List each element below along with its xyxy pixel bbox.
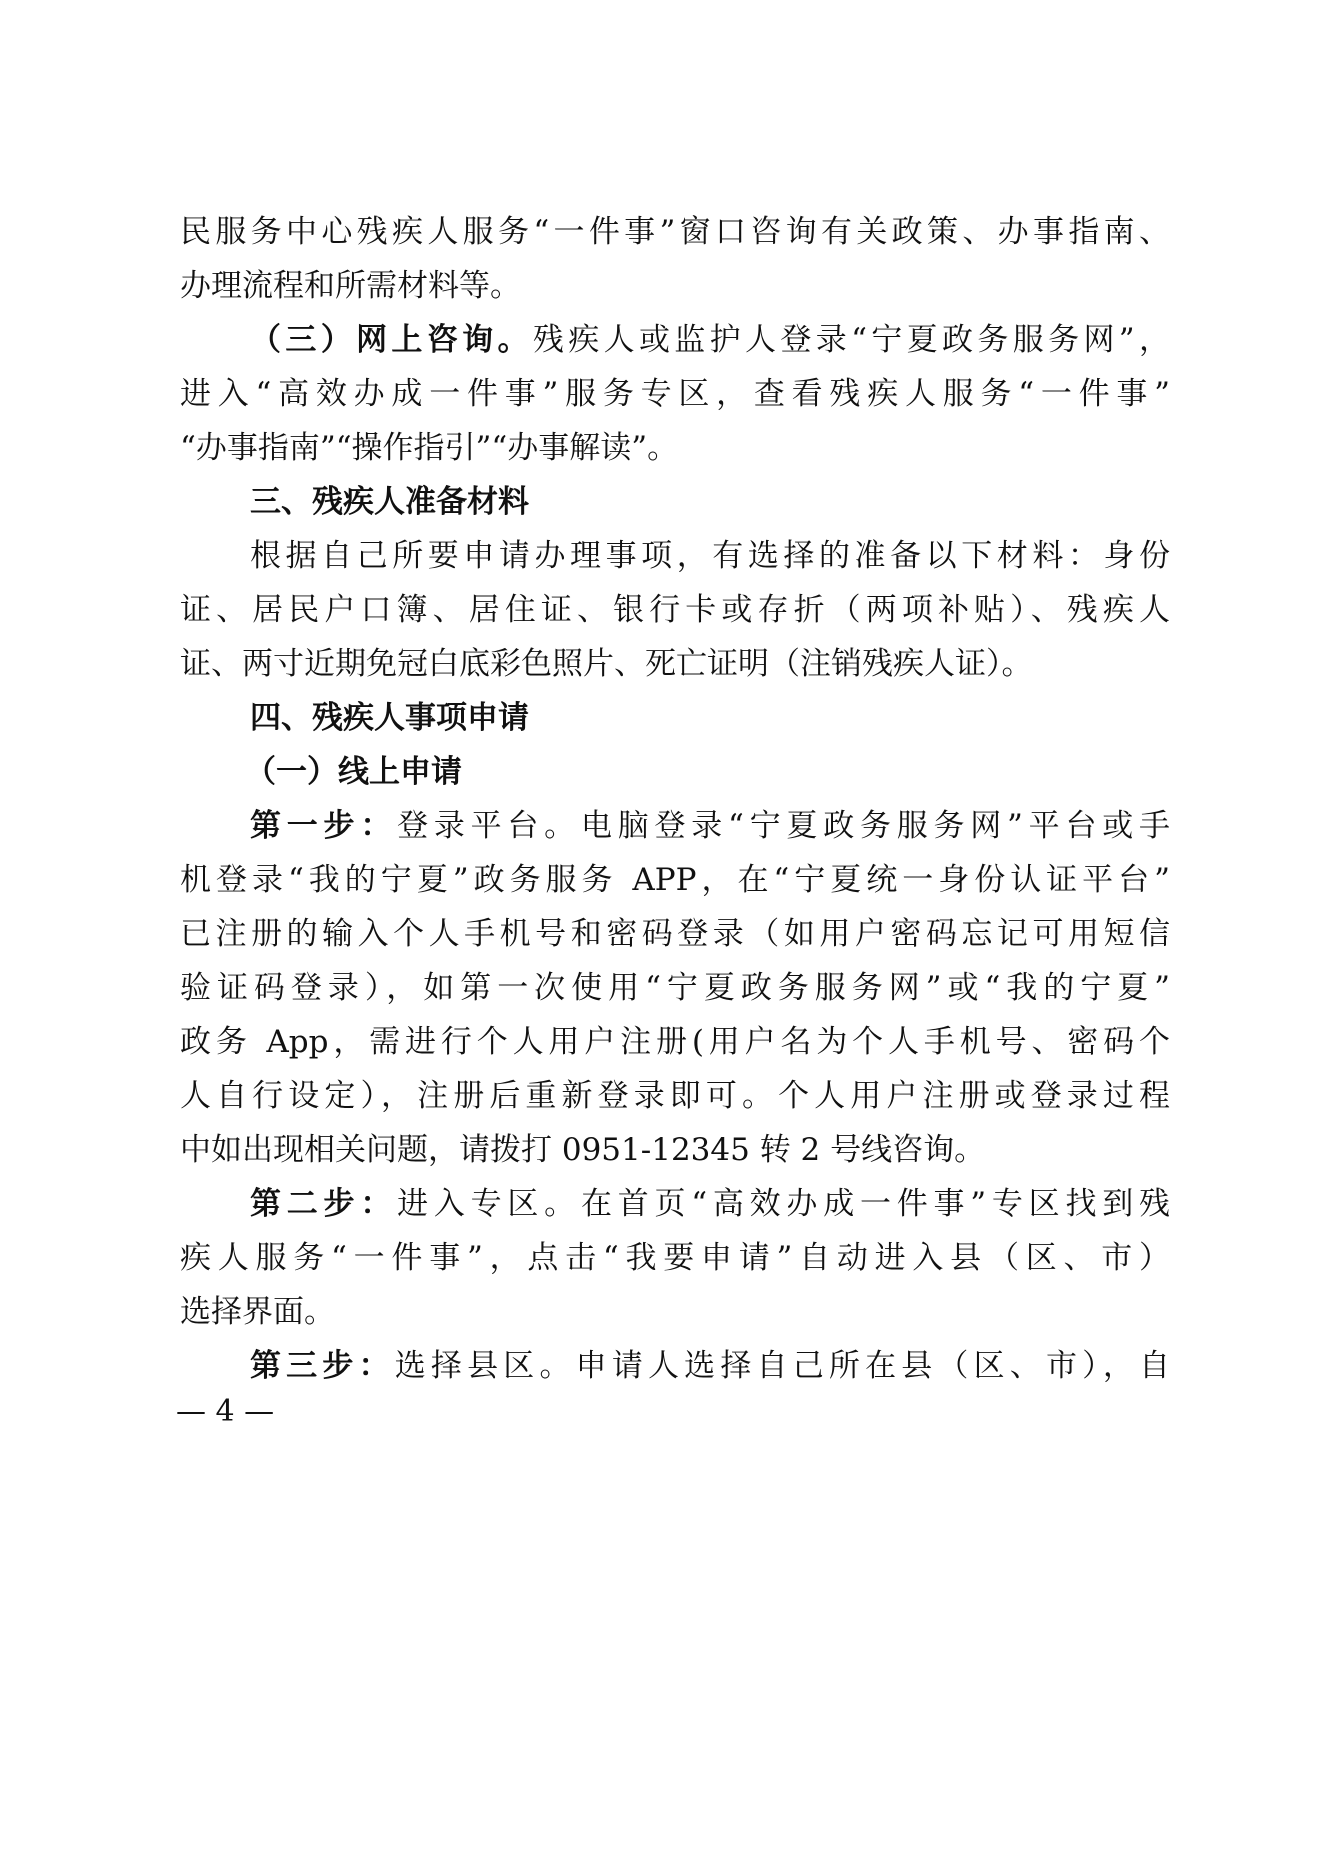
heading-text: 四、残疾人事项申请	[250, 700, 529, 736]
paragraph-line: 民服务中心残疾人服务“一件事”窗口咨询有关政策、办事指南、	[180, 204, 1170, 260]
paragraph-line: 政务 App，需进行个人用户注册(用户名为个人手机号、密码个	[180, 1014, 1170, 1070]
heading-text: 三、残疾人准备材料	[250, 484, 529, 520]
line-text: 登录平台。电脑登录“宁夏政务服务网”平台或手	[397, 808, 1170, 844]
step-three-paragraph: 第三步：选择县区。申请人选择自己所在县（区、市），自	[250, 1338, 1170, 1394]
section-heading-materials: 三、残疾人准备材料	[250, 474, 1170, 530]
paragraph-line: 已注册的输入个人手机号和密码登录（如用户密码忘记可用短信	[180, 906, 1170, 962]
line-text: 机登录“我的宁夏”政务服务 APP，在“宁夏统一身份认证平台”	[180, 862, 1170, 898]
line-text: 进入“高效办成一件事”服务专区，查看残疾人服务“一件事”	[180, 376, 1170, 412]
line-text: 办理流程和所需材料等。	[180, 268, 521, 304]
paragraph-line: 机登录“我的宁夏”政务服务 APP，在“宁夏统一身份认证平台”	[180, 852, 1170, 908]
section-heading-application: 四、残疾人事项申请	[250, 690, 1170, 746]
paragraph-line: 选择界面。	[180, 1284, 1170, 1340]
line-text: 选择界面。	[180, 1294, 335, 1330]
line-text: 中如出现相关问题，请拨打 0951-12345 转 2 号线咨询。	[180, 1132, 985, 1168]
page-number: — 4 —	[176, 1392, 274, 1432]
paragraph-line: “办事指南”“操作指引”“办事解读”。	[180, 420, 1170, 476]
document-page: 民服务中心残疾人服务“一件事”窗口咨询有关政策、办事指南、 办理流程和所需材料等…	[0, 0, 1324, 1871]
paragraph-line: 中如出现相关问题，请拨打 0951-12345 转 2 号线咨询。	[180, 1122, 1170, 1178]
line-text: 政务 App，需进行个人用户注册(用户名为个人手机号、密码个	[180, 1024, 1170, 1060]
paragraph-line: 人自行设定），注册后重新登录即可。个人用户注册或登录过程	[180, 1068, 1170, 1124]
paragraph-line: 证、居民户口簿、居住证、银行卡或存折（两项补贴）、残疾人	[180, 582, 1170, 638]
paragraph-line: 疾人服务“一件事”，点击“我要申请”自动进入县（区、市）	[180, 1230, 1170, 1286]
line-text: 进入专区。在首页“高效办成一件事”专区找到残	[397, 1186, 1170, 1222]
step-label: 第三步：	[250, 1348, 395, 1384]
line-text: 证、居民户口簿、居住证、银行卡或存折（两项补贴）、残疾人	[180, 592, 1170, 628]
online-consultation-paragraph: （三）网上咨询。残疾人或监护人登录“宁夏政务服务网”，	[250, 312, 1170, 368]
line-text: 人自行设定），注册后重新登录即可。个人用户注册或登录过程	[180, 1078, 1170, 1114]
paragraph-line: 验证码登录），如第一次使用“宁夏政务服务网”或“我的宁夏”	[180, 960, 1170, 1016]
heading-text: （一）线上申请	[245, 754, 462, 790]
paragraph-line: 证、两寸近期免冠白底彩色照片、死亡证明（注销残疾人证）。	[180, 636, 1170, 692]
step-label: 第一步：	[250, 808, 397, 844]
line-text: 选择县区。申请人选择自己所在县（区、市），自	[395, 1348, 1170, 1384]
line-text: “办事指南”“操作指引”“办事解读”。	[180, 430, 678, 466]
paragraph-line: 进入“高效办成一件事”服务专区，查看残疾人服务“一件事”	[180, 366, 1170, 422]
line-text: 已注册的输入个人手机号和密码登录（如用户密码忘记可用短信	[180, 916, 1170, 952]
step-label: 第二步：	[250, 1186, 397, 1222]
line-text: 根据自己所要申请办理事项，有选择的准备以下材料：身份	[250, 538, 1170, 574]
line-text: 证、两寸近期免冠白底彩色照片、死亡证明（注销残疾人证）。	[180, 646, 1033, 682]
subheading-online-application: （一）线上申请	[245, 744, 1235, 800]
line-text: 疾人服务“一件事”，点击“我要申请”自动进入县（区、市）	[180, 1240, 1170, 1276]
line-text: 验证码登录），如第一次使用“宁夏政务服务网”或“我的宁夏”	[180, 970, 1170, 1006]
line-text: 民服务中心残疾人服务“一件事”窗口咨询有关政策、办事指南、	[180, 214, 1170, 250]
step-two-paragraph: 第二步：进入专区。在首页“高效办成一件事”专区找到残	[250, 1176, 1170, 1232]
paragraph-line: 办理流程和所需材料等。	[180, 258, 1170, 314]
step-one-paragraph: 第一步：登录平台。电脑登录“宁夏政务服务网”平台或手	[250, 798, 1170, 854]
line-text: 残疾人或监护人登录“宁夏政务服务网”，	[533, 322, 1170, 358]
paragraph-line: 根据自己所要申请办理事项，有选择的准备以下材料：身份	[250, 528, 1170, 584]
section-lead-label: （三）网上咨询。	[250, 322, 533, 358]
